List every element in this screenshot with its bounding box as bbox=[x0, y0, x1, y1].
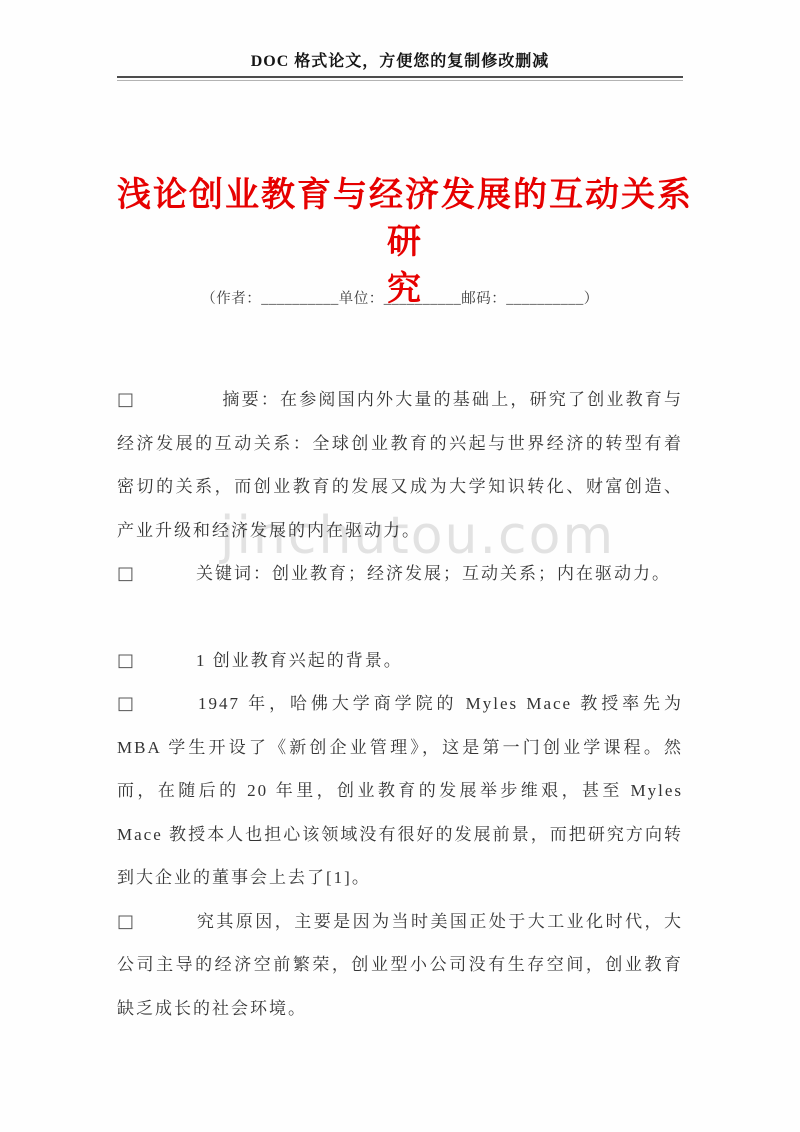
document-body: □摘要：在参阅国内外大量的基础上，研究了创业教育与经济发展的互动关系：全球创业教… bbox=[117, 378, 683, 1030]
paragraph-text: 1947 年，哈佛大学商学院的 Myles Mace 教授率先为 MBA 学生开… bbox=[117, 694, 696, 887]
paragraph-text: 究其原因，主要是因为当时美国正处于大工业化时代，大公司主导的经济空前繁荣，创业型… bbox=[117, 912, 683, 1018]
header-rule-thin bbox=[117, 80, 683, 81]
document-page: DOC 格式论文，方便您的复制修改删减 浅论创业教育与经济发展的互动关系研 究 … bbox=[0, 0, 800, 1132]
author-info-line: （作者：__________单位：__________邮码：__________… bbox=[117, 287, 683, 308]
paragraph-text: 摘要：在参阅国内外大量的基础上，研究了创业教育与经济发展的互动关系：全球创业教育… bbox=[117, 390, 683, 540]
page-title-line1: 浅论创业教育与经济发展的互动关系研 bbox=[117, 172, 693, 266]
paragraph-history: □1947 年，哈佛大学商学院的 Myles Mace 教授率先为 MBA 学生… bbox=[117, 682, 683, 900]
paragraph-reason: □究其原因，主要是因为当时美国正处于大工业化时代，大公司主导的经济空前繁荣，创业… bbox=[117, 900, 683, 1031]
paragraph-abstract: □摘要：在参阅国内外大量的基础上，研究了创业教育与经济发展的互动关系：全球创业教… bbox=[117, 378, 683, 552]
missing-glyph-icon: □ bbox=[117, 563, 134, 584]
missing-glyph-icon: □ bbox=[117, 911, 134, 932]
paragraph-section-heading: □1 创业教育兴起的背景。 bbox=[117, 639, 683, 683]
paragraph-text: 关键词：创业教育；经济发展；互动关系；内在驱动力。 bbox=[196, 564, 671, 583]
running-header-text: DOC 格式论文，方便您的复制修改删减 bbox=[117, 48, 683, 71]
missing-glyph-icon: □ bbox=[117, 693, 136, 714]
missing-glyph-icon: □ bbox=[117, 389, 134, 410]
paragraph-keywords: □关键词：创业教育；经济发展；互动关系；内在驱动力。 bbox=[117, 552, 683, 596]
header-rule-thick bbox=[117, 76, 683, 78]
paragraph-text: 1 创业教育兴起的背景。 bbox=[196, 651, 403, 670]
missing-glyph-icon: □ bbox=[117, 650, 134, 671]
